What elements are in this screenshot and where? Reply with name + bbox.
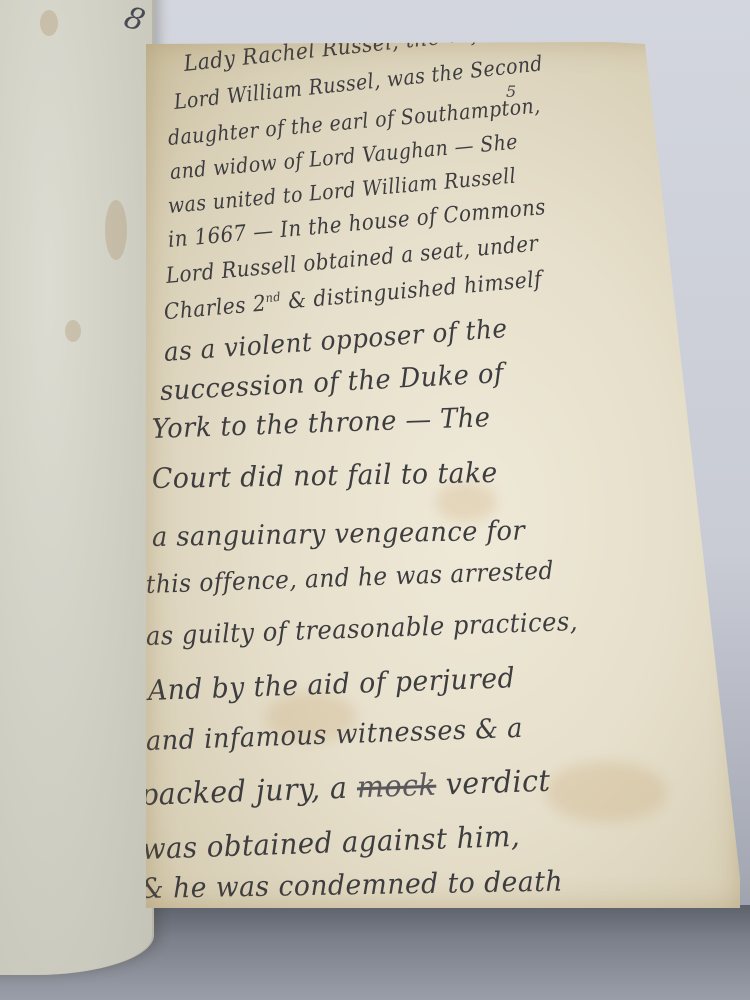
superscript: nd xyxy=(265,290,281,305)
line-text: verdict xyxy=(436,764,551,803)
manuscript-line: York to the throne — The xyxy=(151,402,490,445)
manuscript-line: succession of the Duke of xyxy=(159,358,504,407)
manuscript-line: a sanguinary vengeance for xyxy=(152,515,526,553)
line-text: packed jury, a xyxy=(139,770,357,813)
foxing-stain xyxy=(65,320,81,342)
manuscript-line: and infamous witnesses & a xyxy=(145,713,523,757)
struck-word: mock xyxy=(356,768,436,806)
struck-word: of xyxy=(497,17,520,44)
photo-scene: 8 Lady Rachel Russel, the wife of 5 Lord… xyxy=(0,0,750,1000)
foxing-stain xyxy=(40,10,58,36)
manuscript-line: And by the aid of perjured xyxy=(147,661,515,707)
line-text: Charles 2 xyxy=(163,291,267,325)
left-page xyxy=(0,0,154,975)
manuscript-line: as guilty of treasonable practices, xyxy=(145,607,578,652)
manuscript-line: packed jury, a mock verdict xyxy=(139,764,551,813)
manuscript-line: & he was condemned to death xyxy=(140,865,564,905)
handwritten-text: Lady Rachel Russel, the wife of 5 Lord W… xyxy=(146,42,740,908)
manuscript-line: this offence, and he was arrested xyxy=(145,556,554,599)
right-page: Lady Rachel Russel, the wife of 5 Lord W… xyxy=(146,42,740,908)
foxing-stain xyxy=(105,200,127,260)
manuscript-line: was obtained against him, xyxy=(141,819,520,866)
manuscript-line: Court did not fail to take xyxy=(152,456,498,495)
